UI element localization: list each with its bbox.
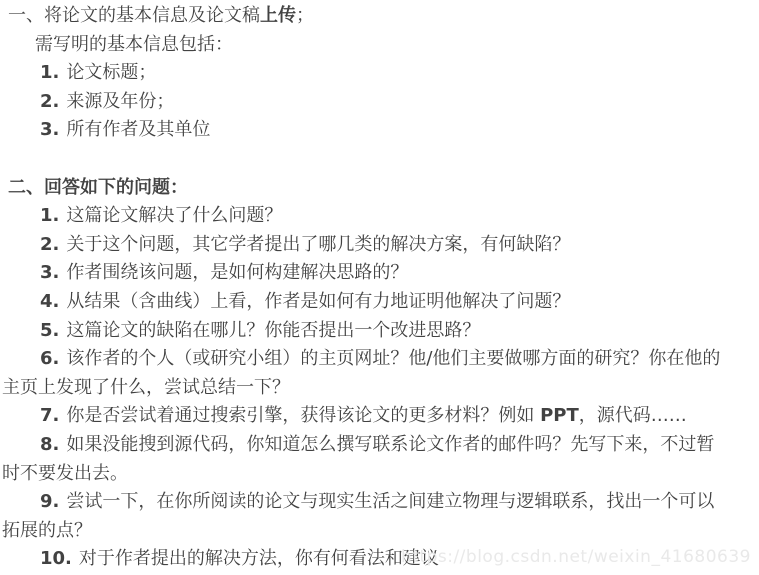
list-item: 5.这篇论文的缺陷在哪儿？你能否提出一个改进思路？ (2, 317, 732, 346)
list-item: 1.论文标题； (2, 59, 732, 88)
list-item: 9.尝试一下，在你所阅读的论文与现实生活之间建立物理与逻辑联系，找出一个可以拓展… (2, 488, 732, 545)
item-text: 所有作者及其单位 (66, 119, 210, 140)
list-item: 4.从结果（含曲线）上看，作者是如何有力地证明他解决了问题？ (2, 288, 732, 317)
item-number: 3. (40, 119, 59, 140)
list-item: 3.作者围绕该问题，是如何构建解决思路的？ (2, 259, 732, 288)
item-number: 7. (40, 405, 59, 426)
item-text: 从结果（含曲线）上看，作者是如何有力地证明他解决了问题？ (66, 291, 570, 312)
item-text: 你是否尝试着通过搜索引擎，获得该论文的更多材料？例如 (66, 405, 540, 426)
watermark: https://blog.csdn.net/weixin_41680639 (401, 547, 751, 567)
item-number: 1. (40, 62, 59, 83)
document-body: 一、将论文的基本信息及论文稿上传； 需写明的基本信息包括： 1.论文标题； 2.… (0, 0, 759, 574)
item-text: 论文标题； (66, 62, 156, 83)
section-1-title-text: 一、将论文的基本信息及论文稿 (8, 5, 260, 26)
item-text: 尝试一下，在你所阅读的论文与现实生活之间建立物理与逻辑联系，找出一个可以拓展的点… (2, 491, 714, 541)
list-item: 2.来源及年份； (2, 88, 732, 117)
item-text: 该作者的个人（或研究小组）的主页网址？他/他们主要做哪方面的研究？你在他的主页上… (2, 348, 720, 398)
item-text: 作者围绕该问题，是如何构建解决思路的？ (66, 262, 408, 283)
item-number: 5. (40, 320, 59, 341)
section-2: 二、回答如下的问题： 1.这篇论文解决了什么问题？ 2.关于这个问题，其它学者提… (2, 174, 732, 574)
item-number: 10. (40, 548, 72, 569)
item-number: 9. (40, 491, 59, 512)
list-item: 3.所有作者及其单位 (2, 116, 732, 145)
item-text-bold: PPT (540, 405, 579, 426)
item-text: 这篇论文的缺陷在哪儿？你能否提出一个改进思路？ (66, 320, 480, 341)
item-text: 关于这个问题，其它学者提出了哪几类的解决方案，有何缺陷？ (66, 234, 570, 255)
list-item: 2.关于这个问题，其它学者提出了哪几类的解决方案，有何缺陷？ (2, 231, 732, 260)
item-text: 这篇论文解决了什么问题？ (66, 205, 282, 226)
list-item: 7.你是否尝试着通过搜索引擎，获得该论文的更多材料？例如 PPT，源代码…… (2, 402, 732, 431)
section-1-title-bold: 上传 (260, 5, 296, 26)
item-number: 1. (40, 205, 59, 226)
item-number: 2. (40, 91, 59, 112)
item-text: 来源及年份； (66, 91, 174, 112)
section-2-title: 二、回答如下的问题： (2, 174, 732, 203)
item-text: 如果没能搜到源代码，你知道怎么撰写联系论文作者的邮件吗？先写下来，不过暂时不要发… (2, 434, 714, 484)
section-1-title-tail: ； (296, 5, 314, 26)
item-number: 3. (40, 262, 59, 283)
section-1: 一、将论文的基本信息及论文稿上传； 需写明的基本信息包括： 1.论文标题； 2.… (2, 2, 732, 145)
section-1-title: 一、将论文的基本信息及论文稿上传； (2, 2, 732, 31)
item-number: 4. (40, 291, 59, 312)
item-text: ，源代码…… (579, 405, 687, 426)
item-number: 6. (40, 348, 59, 369)
list-item: 8.如果没能搜到源代码，你知道怎么撰写联系论文作者的邮件吗？先写下来，不过暂时不… (2, 431, 732, 488)
item-number: 2. (40, 234, 59, 255)
section-1-subtitle: 需写明的基本信息包括： (2, 31, 732, 60)
item-text: 对于作者提出的解决方法，你有何看法和建议 (79, 548, 439, 569)
list-item: 1.这篇论文解决了什么问题？ (2, 202, 732, 231)
list-item: 6.该作者的个人（或研究小组）的主页网址？他/他们主要做哪方面的研究？你在他的主… (2, 345, 732, 402)
item-number: 8. (40, 434, 59, 455)
